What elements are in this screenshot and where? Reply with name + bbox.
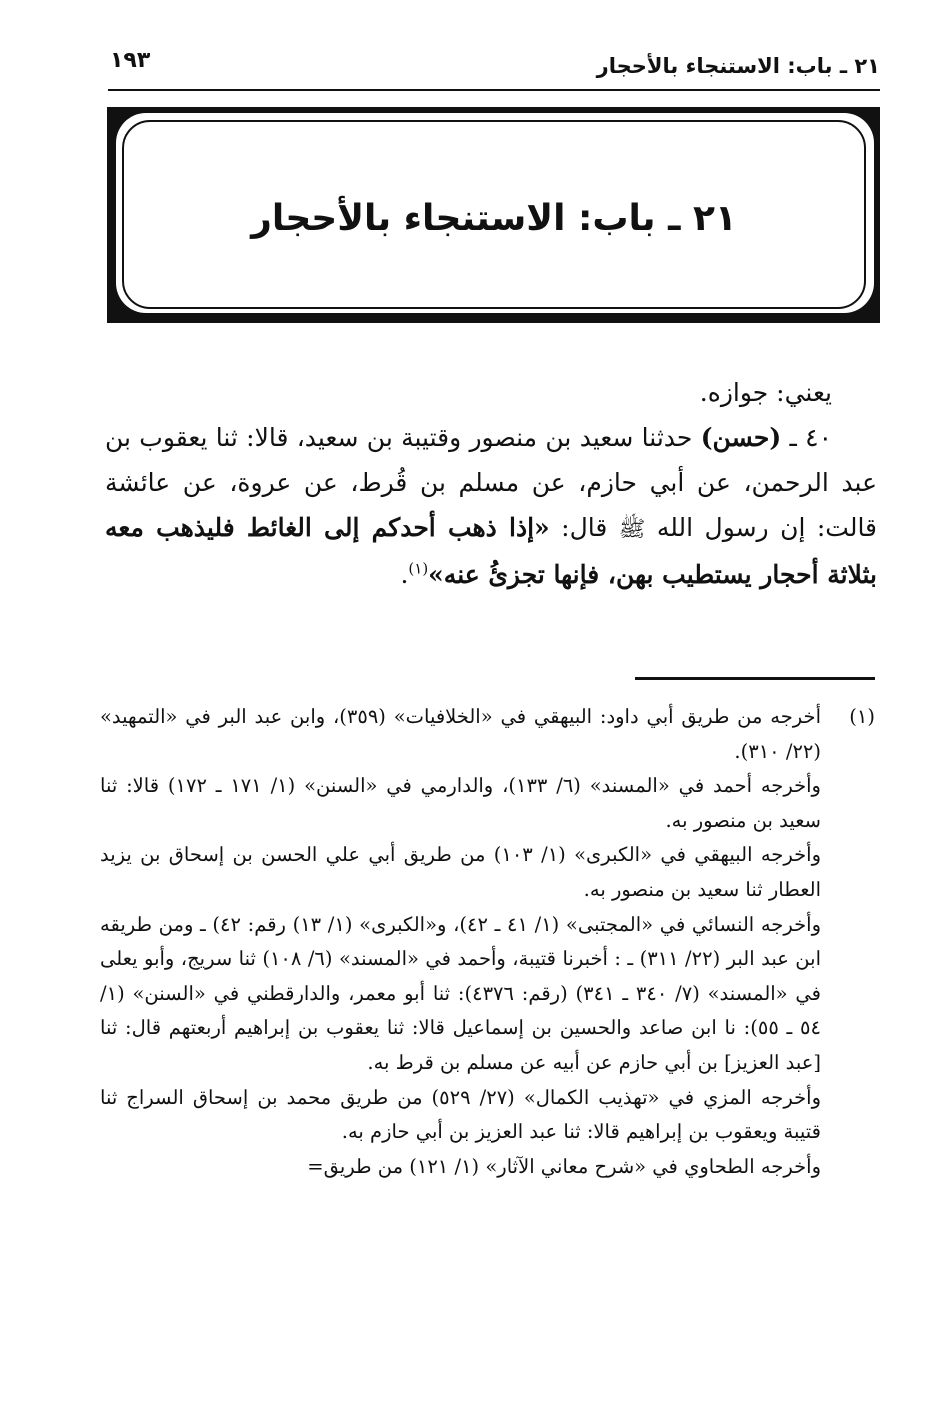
hadith-qala: قال: (561, 513, 607, 542)
chapter-title: ٢١ ـ باب: الاستنجاء بالأحجار (251, 198, 737, 239)
footnote-reference[interactable]: (١) (408, 560, 428, 578)
hadith-grade: (حسن) (701, 423, 781, 452)
running-head-title: ٢١ ـ باب: الاستنجاء بالأحجار (597, 54, 880, 78)
footnote-marker: (١) (849, 700, 875, 735)
footnote-paragraph: وأخرجه البيهقي في «الكبرى» (١/ ١٠٣) من ط… (100, 838, 821, 907)
running-head: ٢١ ـ باب: الاستنجاء بالأحجار ١٩٣ (108, 46, 880, 86)
hadith-number: ٤٠ ـ (790, 423, 833, 452)
salla-honorific-glyph: ﷺ (619, 517, 646, 542)
footnotes: (١) أخرجه من طريق أبي داود: البيهقي في «… (100, 700, 877, 1184)
page-number: ١٩٣ (110, 48, 150, 73)
header-rule (108, 89, 880, 91)
intro-line: يعني: جوازه. (105, 370, 877, 415)
footnote-paragraph: وأخرجه أحمد في «المسند» (٦/ ١٣٣)، والدار… (100, 769, 821, 838)
footnote-separator (635, 677, 875, 680)
chapter-title-frame-inner: ٢١ ـ باب: الاستنجاء بالأحجار (122, 120, 866, 309)
footnote-1: (١) أخرجه من طريق أبي داود: البيهقي في «… (100, 700, 877, 1184)
main-text: يعني: جوازه. ٤٠ ـ (حسن) حدثنا سعيد بن من… (105, 370, 877, 597)
footnote-paragraph: أخرجه من طريق أبي داود: البيهقي في «الخل… (100, 700, 821, 769)
footnote-paragraph: وأخرجه النسائي في «المجتبى» (١/ ٤١ ـ ٤٢)… (100, 908, 821, 1081)
footnote-paragraph: وأخرجه الطحاوي في «شرح معاني الآثار» (١/… (100, 1150, 821, 1185)
hadith-paragraph: ٤٠ ـ (حسن) حدثنا سعيد بن منصور وقتيبة بن… (105, 415, 877, 597)
footnote-paragraph: وأخرجه المزي في «تهذيب الكمال» (٢٧/ ٥٢٩)… (100, 1081, 821, 1150)
chapter-title-frame: ٢١ ـ باب: الاستنجاء بالأحجار (107, 107, 880, 323)
